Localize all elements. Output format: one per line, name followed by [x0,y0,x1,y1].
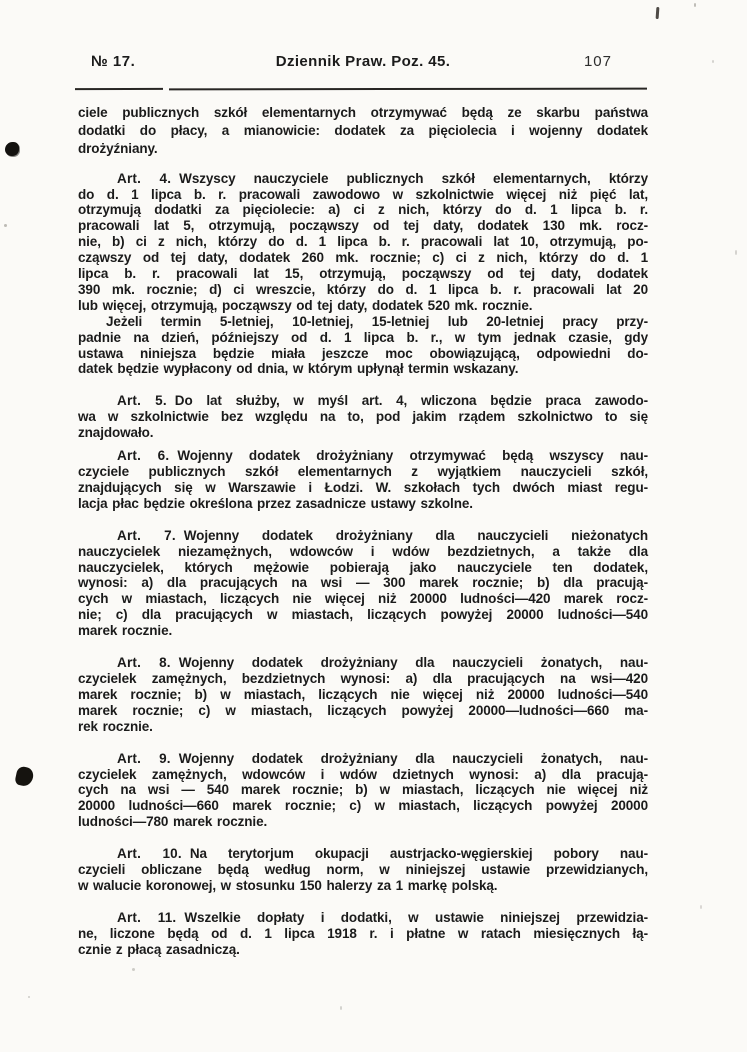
text-line: 20000 ludności—660 marek rocznie; c) w m… [78,798,648,814]
text-line: wynosi: a) dla pracujących na wsi — 300 … [78,575,648,591]
paper-speck [4,224,7,227]
text-line: 390 mk. rocznie; d) ci wreszcie, którzy … [78,282,648,298]
text-line: ciele publicznych szkół elementarnych ot… [78,104,648,122]
article-label: Art. 6. [117,448,169,463]
ink-mark-artifact [656,7,660,19]
text-line: Jeżeli termin 5-letniej, 10-letniej, 15-… [78,314,648,330]
text-line: lacja płac będzie określona przez zasadn… [78,496,648,512]
text-line: marek rocznie; b) w miastach, liczących … [78,687,648,703]
text-line: cych w miastach, liczących nie więcej ni… [78,591,648,607]
paper-speck [694,3,696,7]
paper-speck [735,250,737,255]
text-line: w walucie koronowej, w stosunku 150 hale… [78,878,648,894]
text-line: drożyźniany. [78,140,648,158]
article-4-continued: Jeżeli termin 5-letniej, 10-letniej, 15-… [78,314,648,378]
text-line: Art. 5.Do lat służby, w myśl art. 4, wli… [78,393,648,409]
text-line: nie, b) ci z nich, którzy do d. 1 lipca … [78,234,648,250]
text-line: marek rocznie; c) w miastach, liczących … [78,703,648,719]
text-line: nauczycielek, których mężowie pobierają … [78,560,648,576]
text-line: padnie na dzień, późniejszy od d. 1 lipc… [78,330,648,346]
text-line: Art. 10.Na terytorjum okupacji austrjack… [78,846,648,862]
text-line: datek będzie wypłacony od dnia, w którym… [78,361,648,377]
article-7: Art. 7.Wojenny dodatek drożyżniany dla n… [78,528,648,639]
article-label: Art. 5. [117,393,167,408]
text-line: lipca b. r. pracowali lat 15, otrzymują,… [78,266,648,282]
text-line: znajdowało. [78,425,648,441]
paper-speck [700,905,702,909]
text-line: nauczycielek niezamężnych, wdowców i wdó… [78,544,648,560]
article-label: Art. 8. [117,655,171,670]
text-line: nie; c) dla pracujących w miastach, licz… [78,607,648,623]
text-line: Art. 4.Wszyscy nauczyciele publicznych s… [78,171,648,187]
text-line: rek rocznie. [78,719,648,735]
text-line: do d. 1 lipca b. r. pracowali zawodowo w… [78,187,648,203]
text-line: ustawa niniejsza będzie miała jeszcze mo… [78,346,648,362]
text-line: Art. 11.Wszelkie dopłaty i dodatki, w us… [78,910,648,926]
article-label: Art. 10. [117,846,182,861]
article-10: Art. 10.Na terytorjum okupacji austrjack… [78,846,648,894]
text-line: wa w szkolnictwie bez względu na to, pod… [78,409,648,425]
text-line: Art. 6.Wojenny dodatek drożyżniany otrzy… [78,448,648,464]
text-line: znajdujących się w Warszawie i Łodzi. W.… [78,480,648,496]
text-line: cych na wsi — 540 marek rocznie; b) w mi… [78,782,648,798]
paper-speck [28,996,30,998]
article-11: Art. 11.Wszelkie dopłaty i dodatki, w us… [78,910,648,958]
text-line: Art. 9.Wojenny dodatek drożyżniany dla n… [78,751,648,767]
text-line: czycielek zamężnych, wdowców i wdów dzie… [78,767,648,783]
document-page: № 17. Dziennik Praw. Poz. 45. 107 ciele … [0,0,747,1052]
text-line: ludności—780 marek rocznie. [78,814,648,830]
article-8: Art. 8.Wojenny dodatek drożyżniany dla n… [78,655,648,735]
text-line: pracowali lat 5, otrzymują, począwszy od… [78,218,648,234]
text-line: lub więcej, otrzymują, począwszy od tej … [78,298,648,314]
article-label: Art. 7. [117,528,176,543]
article-4: Art. 4.Wszyscy nauczyciele publicznych s… [78,171,648,314]
text-line: czycieli obliczane będą według norm, w n… [78,862,648,878]
page-number: 107 [584,53,612,70]
ink-blot-artifact [5,142,19,156]
text-line: cząwszy od tej daty, dodatek 260 mk. roc… [78,250,648,266]
text-line: czycielek zamężnych, bezdzietnych wynosi… [78,671,648,687]
journal-title: Dziennik Praw. Poz. 45. [78,53,648,70]
article-label: Art. 9. [117,751,171,766]
text-line: czyciele publicznych szkół elementarnych… [78,464,648,480]
document-body: ciele publicznych szkół elementarnych ot… [78,104,648,958]
text-line: ne, liczone będą od d. 1 lipca 1918 r. i… [78,926,648,942]
page-header: № 17. Dziennik Praw. Poz. 45. 107 [78,53,648,73]
paper-speck [132,968,135,971]
text-line: cznie z płacą zasadniczą. [78,942,648,958]
article-6: Art. 6.Wojenny dodatek drożyżniany otrzy… [78,448,648,512]
article-9: Art. 9.Wojenny dodatek drożyżniany dla n… [78,751,648,831]
text-line: otrzymują dodatki za pięciolecie: a) ci … [78,202,648,218]
header-rule-right [169,88,647,91]
header-rule-left [75,88,163,90]
paper-speck [712,60,714,63]
text-line: marek rocznie. [78,623,648,639]
article-5: Art. 5.Do lat służby, w myśl art. 4, wli… [78,393,648,441]
article-label: Art. 11. [117,910,176,925]
text-line: dodatki do płacy, a mianowicie: dodatek … [78,122,648,140]
ink-blot-artifact [14,765,35,787]
paper-speck [340,1006,342,1010]
text-line: Art. 8.Wojenny dodatek drożyżniany dla n… [78,655,648,671]
text-line: Art. 7.Wojenny dodatek drożyżniany dla n… [78,528,648,544]
article-label: Art. 4. [117,171,171,186]
paragraph-continuation: ciele publicznych szkół elementarnych ot… [78,104,648,159]
